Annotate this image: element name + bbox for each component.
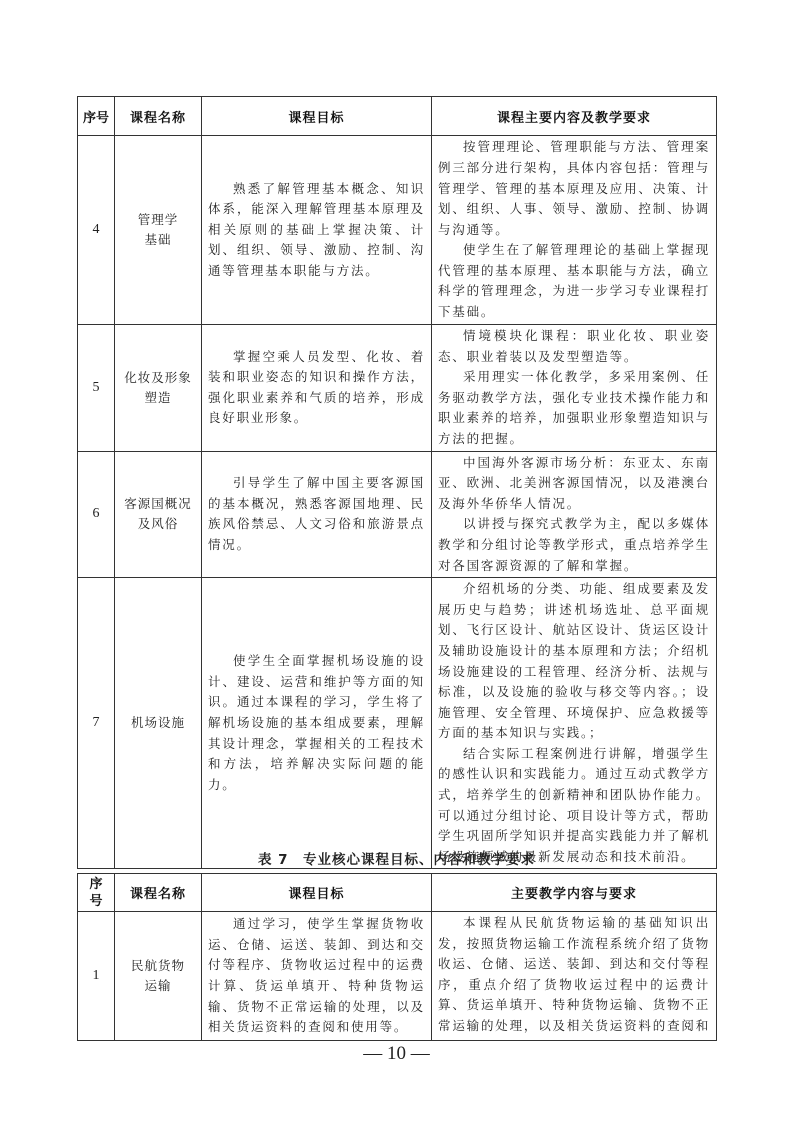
course-goal: 熟悉了解管理基本概念、知识体系，能深入理解管理基本原理及相关原则的基础上掌握决策… bbox=[202, 136, 432, 325]
header-course-content: 课程主要内容及教学要求 bbox=[432, 97, 717, 136]
course-name: 机场设施 bbox=[115, 578, 202, 869]
page-number: — 10 — bbox=[0, 1043, 793, 1065]
paragraph: 采用理实一体化教学，多采用案例、任务驱动教学方法，强化专业技术操作能力和职业素养… bbox=[438, 367, 710, 449]
paragraph: 引导学生了解中国主要客源国的基本概况，熟悉客源国地理、民族风俗禁忌、人文习俗和旅… bbox=[208, 473, 425, 555]
row-number: 5 bbox=[78, 325, 115, 452]
header-course-goal: 课程目标 bbox=[202, 874, 432, 912]
header-course-name: 课程名称 bbox=[115, 874, 202, 912]
paragraph: 使学生全面掌握机场设施的设计、建设、运营和维护等方面的知识。通过本课程的学习，学… bbox=[208, 651, 425, 795]
course-content: 情境模块化课程：职业化妆、职业姿态、职业着装以及发型塑造等。采用理实一体化教学，… bbox=[432, 325, 717, 452]
course-name: 管理学基础 bbox=[115, 136, 202, 325]
paragraph: 掌握空乘人员发型、化妆、着装和职业姿态的知识和操作方法，强化职业素养和气质的培养… bbox=[208, 347, 425, 429]
course-name: 民航货物运输 bbox=[115, 912, 202, 1041]
header-course-content: 主要教学内容与要求 bbox=[432, 874, 717, 912]
course-name: 化妆及形象塑造 bbox=[115, 325, 202, 452]
row-number: 7 bbox=[78, 578, 115, 869]
course-content: 中国海外客源市场分析：东亚太、东南亚、欧洲、北美洲客源国情况，以及港澳台及海外华… bbox=[432, 451, 717, 578]
table-caption: 表 7 专业核心课程目标、内容和教学要求 bbox=[0, 848, 793, 868]
row-number: 6 bbox=[78, 451, 115, 578]
paragraph: 中国海外客源市场分析：东亚太、东南亚、欧洲、北美洲客源国情况，以及港澳台及海外华… bbox=[438, 453, 710, 515]
paragraph: 介绍机场的分类、功能、组成要素及发展历史与趋势；讲述机场选址、总平面规划、飞行区… bbox=[438, 579, 710, 744]
paragraph: 按管理理论、管理职能与方法、管理案例三部分进行架构，具体内容包括：管理与管理学、… bbox=[438, 137, 710, 240]
header-seq: 序号 bbox=[78, 874, 115, 912]
paragraph: 以讲授与探究式教学为主，配以多媒体教学和分组讨论等教学形式，重点培养学生对各国客… bbox=[438, 514, 710, 576]
table-row: 1 民航货物运输 通过学习，使学生掌握货物收运、仓储、运送、装卸、到达和交付等程… bbox=[78, 912, 717, 1041]
course-goal: 通过学习，使学生掌握货物收运、仓储、运送、装卸、到达和交付等程序、货物收运过程中… bbox=[202, 912, 432, 1041]
header-course-name: 课程名称 bbox=[115, 97, 202, 136]
table-row: 4 管理学基础 熟悉了解管理基本概念、知识体系，能深入理解管理基本原理及相关原则… bbox=[78, 136, 717, 325]
course-name: 客源国概况及风俗 bbox=[115, 451, 202, 578]
table-row: 5 化妆及形象塑造 掌握空乘人员发型、化妆、着装和职业姿态的知识和操作方法，强化… bbox=[78, 325, 717, 452]
core-course-table: 序号 课程名称 课程目标 主要教学内容与要求 1 民航货物运输 通过学习，使学生… bbox=[77, 873, 717, 1041]
course-content: 按管理理论、管理职能与方法、管理案例三部分进行架构，具体内容包括：管理与管理学、… bbox=[432, 136, 717, 325]
row-number: 4 bbox=[78, 136, 115, 325]
paragraph: 使学生在了解管理理论的基础上掌握现代管理的基本原理、基本职能与方法，确立科学的管… bbox=[438, 240, 710, 322]
paragraph: 通过学习，使学生掌握货物收运、仓储、运送、装卸、到达和交付等程序、货物收运过程中… bbox=[208, 914, 425, 1038]
header-course-goal: 课程目标 bbox=[202, 97, 432, 136]
paragraph: 熟悉了解管理基本概念、知识体系，能深入理解管理基本原理及相关原则的基础上掌握决策… bbox=[208, 179, 425, 282]
course-goal: 使学生全面掌握机场设施的设计、建设、运营和维护等方面的知识。通过本课程的学习，学… bbox=[202, 578, 432, 869]
header-seq: 序号 bbox=[78, 97, 115, 136]
table-header-row: 序号 课程名称 课程目标 主要教学内容与要求 bbox=[78, 874, 717, 912]
course-content: 介绍机场的分类、功能、组成要素及发展历史与趋势；讲述机场选址、总平面规划、飞行区… bbox=[432, 578, 717, 869]
course-table-continued: 序号 课程名称 课程目标 课程主要内容及教学要求 4 管理学基础 熟悉了解管理基… bbox=[77, 96, 717, 869]
paragraph: 本课程从民航货物运输的基础知识出发，按照货物运输工作流程系统介绍了货物收运、仓储… bbox=[438, 913, 710, 1039]
paragraph: 情境模块化课程：职业化妆、职业姿态、职业着装以及发型塑造等。 bbox=[438, 326, 710, 367]
course-goal: 掌握空乘人员发型、化妆、着装和职业姿态的知识和操作方法，强化职业素养和气质的培养… bbox=[202, 325, 432, 452]
row-number: 1 bbox=[78, 912, 115, 1041]
course-content: 本课程从民航货物运输的基础知识出发，按照货物运输工作流程系统介绍了货物收运、仓储… bbox=[432, 912, 717, 1041]
table-row: 6 客源国概况及风俗 引导学生了解中国主要客源国的基本概况，熟悉客源国地理、民族… bbox=[78, 451, 717, 578]
course-goal: 引导学生了解中国主要客源国的基本概况，熟悉客源国地理、民族风俗禁忌、人文习俗和旅… bbox=[202, 451, 432, 578]
table-header-row: 序号 课程名称 课程目标 课程主要内容及教学要求 bbox=[78, 97, 717, 136]
table-row: 7 机场设施 使学生全面掌握机场设施的设计、建设、运营和维护等方面的知识。通过本… bbox=[78, 578, 717, 869]
